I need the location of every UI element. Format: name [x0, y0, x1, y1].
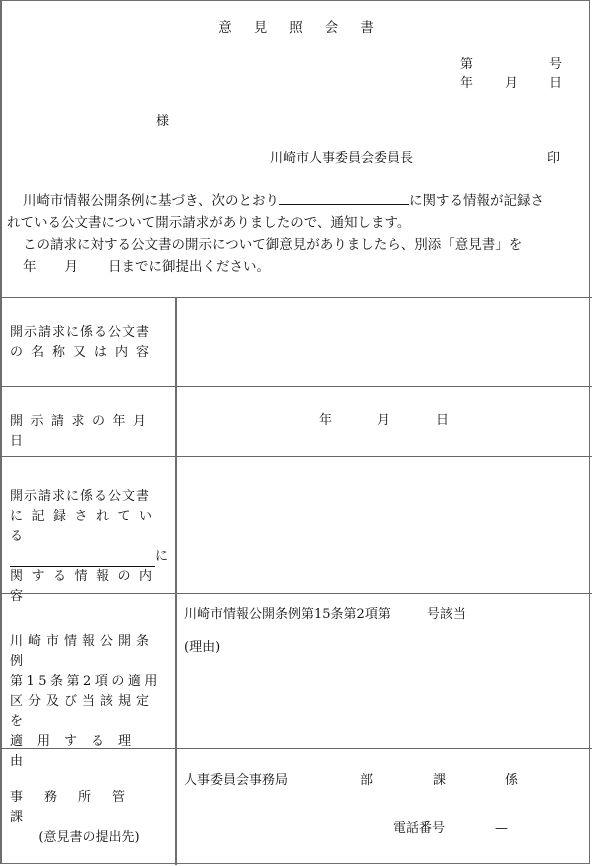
request-date-month: 月 — [377, 414, 390, 427]
row-label-document-name: 開示請求に係る公文書 の名称又は内容 — [10, 323, 168, 363]
office-unit: 係 — [505, 774, 518, 787]
reason-label: (理由) — [184, 641, 220, 654]
phone-dash: — — [495, 822, 508, 835]
deadline-year: 年 — [23, 259, 37, 275]
deadline-rest: 日までに御提出ください。 — [108, 259, 270, 275]
row-label-recorded-info: 開示請求に係る公文書 に記録されている に 関する情報の内容 — [10, 487, 168, 607]
provision-line: 川崎市情報公開条例第15条第2項第号該当 — [184, 608, 466, 621]
document-name-field[interactable] — [180, 300, 588, 384]
label-line: に — [155, 547, 168, 567]
document-title: 意見照会書 — [0, 22, 592, 36]
office-dept: 部 — [360, 774, 373, 787]
table-top-border — [0, 297, 592, 298]
paragraph2-line1: この請求に対する公文書の開示について御意見がありましたら、別添「意見書」を — [9, 234, 587, 256]
request-date-day: 日 — [436, 414, 449, 427]
paragraph1-part1: 川崎市情報公開条例に基づき、次のとおり — [23, 193, 279, 209]
date-month: 月 — [505, 77, 518, 90]
label-line: 適用する理由 — [10, 732, 168, 772]
row-divider — [0, 386, 592, 387]
label-line: 開示請求に係る公文書 — [10, 487, 168, 507]
subject-blank[interactable] — [279, 191, 409, 205]
label-line: の名称又は内容 — [10, 343, 168, 363]
info-subject-blank[interactable] — [10, 552, 155, 567]
provision-suffix: 号該当 — [427, 607, 466, 622]
label-line: 区分及び当該規定を — [10, 692, 168, 732]
request-date-year: 年 — [319, 414, 332, 427]
label-line: 開示請求に係る公文書 — [10, 323, 168, 343]
column-divider — [175, 297, 177, 865]
row-label-office: 事務所管課 (意見書の提出先) — [10, 788, 168, 848]
phone-label: 電話番号 — [393, 822, 445, 835]
date-year: 年 — [460, 77, 473, 90]
row-label-request-date: 開示請求の年月日 — [10, 412, 168, 452]
label-line: 第15条第2項の適用 — [10, 672, 168, 692]
deadline-month: 月 — [65, 259, 79, 275]
date-day: 日 — [549, 77, 562, 90]
paragraph1-line2: れている公文書について開示請求がありましたので、通知します。 — [7, 212, 587, 234]
sender-name: 川崎市人事委員会委員長 — [270, 152, 413, 165]
row-label-applicable-provision: 川崎市情報公開条例 第15条第2項の適用 区分及び当該規定を 適用する理由 — [10, 632, 168, 772]
office-section: 課 — [433, 774, 446, 787]
number-suffix: 号 — [549, 58, 562, 71]
paragraph1-part2: に関する情報が記録さ — [409, 193, 544, 209]
paragraph2-line2: 年月日までに御提出ください。 — [9, 256, 587, 278]
label-blank-line: に — [10, 547, 168, 567]
body-paragraph-1: 川崎市情報公開条例に基づき、次のとおりに関する情報が記録さ れている公文書につい… — [9, 190, 587, 278]
seal-mark: 印 — [547, 152, 560, 165]
label-line: (意見書の提出先) — [10, 828, 168, 848]
row-divider — [0, 456, 592, 457]
number-prefix: 第 — [460, 58, 473, 71]
office-name: 人事委員会事務局 — [184, 774, 288, 787]
label-line: に記録されている — [10, 507, 168, 547]
label-line: 事務所管課 — [10, 788, 168, 828]
label-line: 関する情報の内容 — [10, 567, 168, 607]
label-line: 川崎市情報公開条例 — [10, 632, 168, 672]
provision-text: 川崎市情報公開条例第15条第2項第 — [184, 607, 391, 622]
recorded-info-field[interactable] — [180, 459, 588, 591]
addressee-suffix: 様 — [156, 115, 169, 128]
